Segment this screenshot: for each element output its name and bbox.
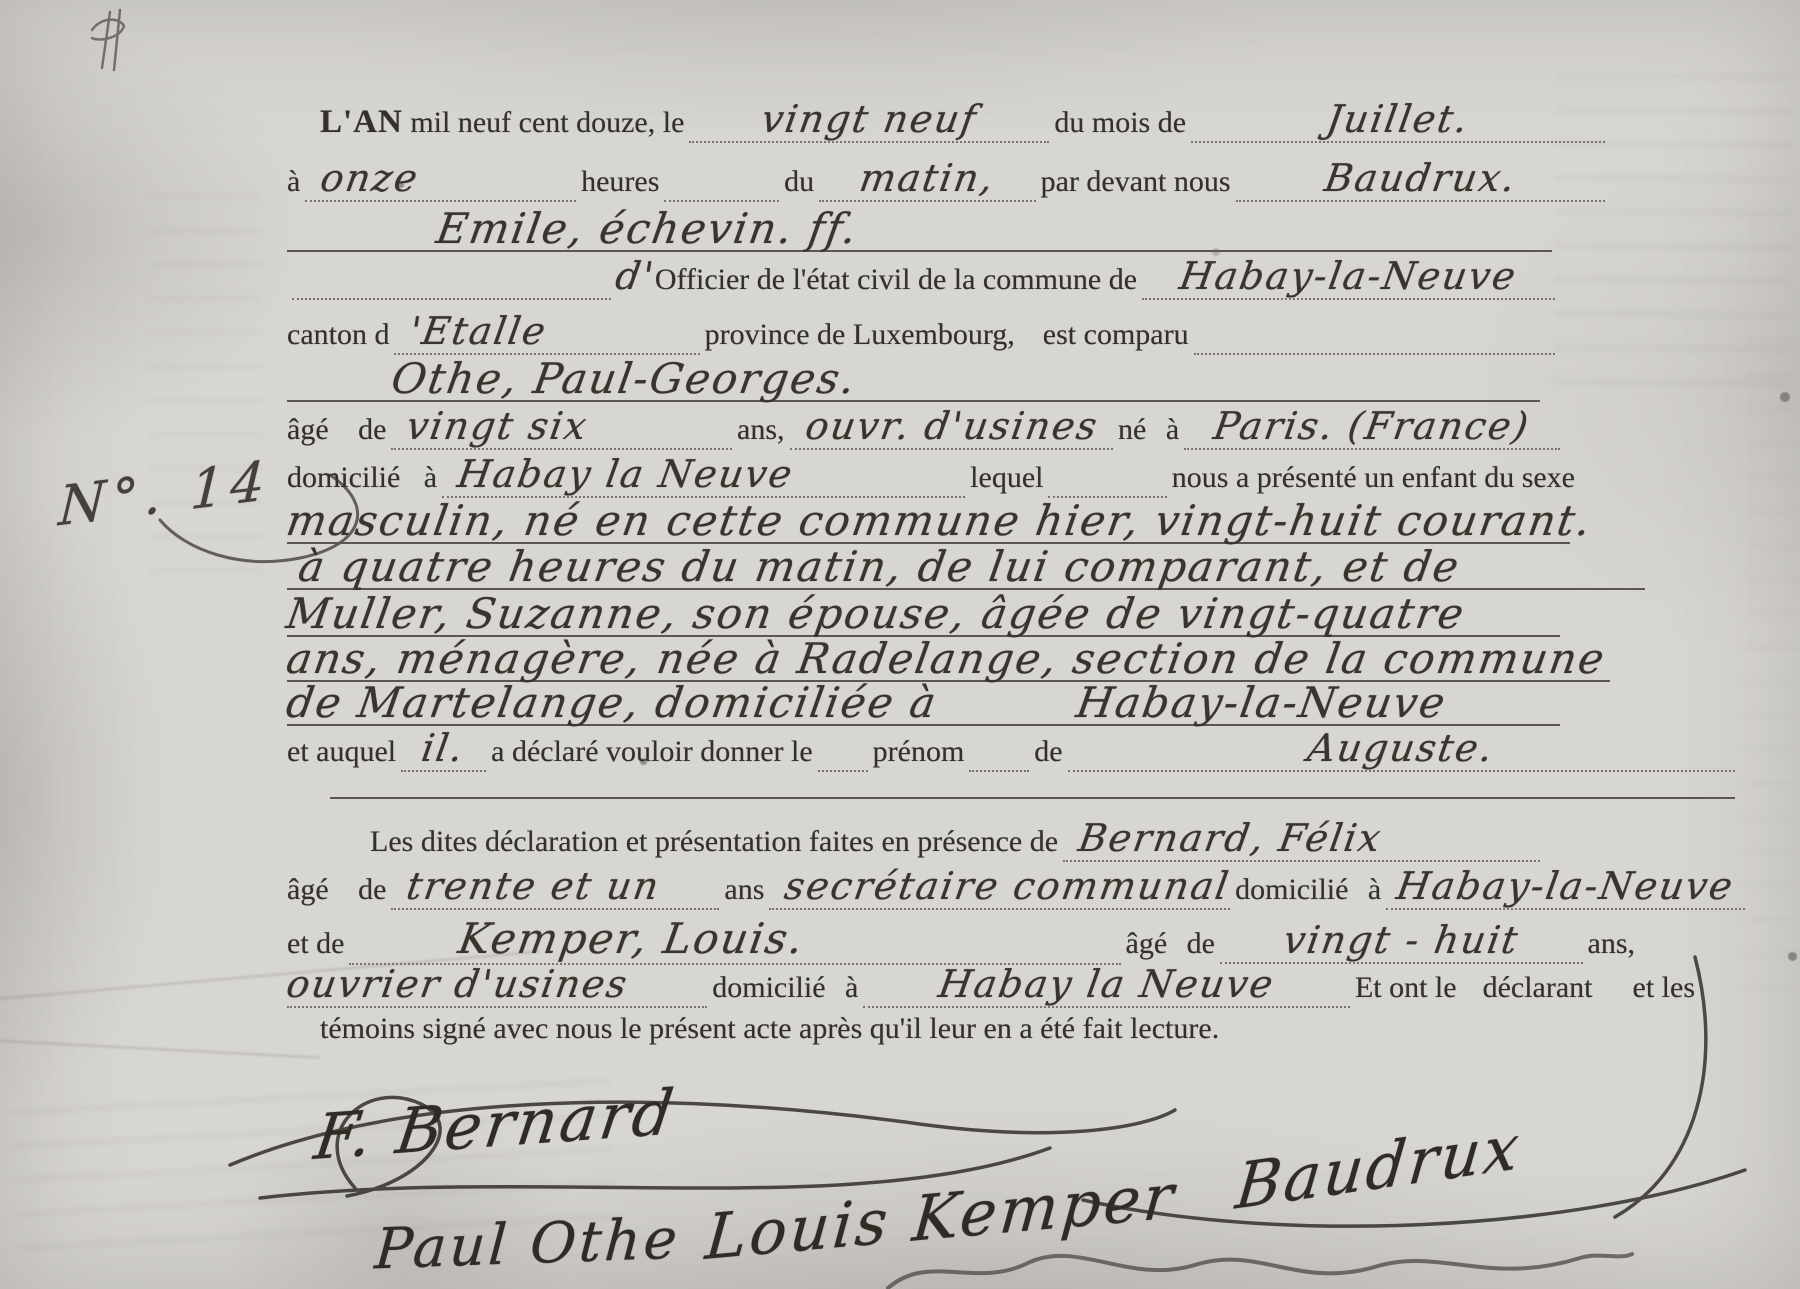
form-line-declarant-domicile: domicilié à Habay la Neuve lequel nous a… — [287, 452, 1575, 498]
form-line-mother-domicile: de Martelange, domiciliée à Habay-la-Neu… — [287, 678, 1560, 726]
printed-label: L'AN — [320, 104, 403, 141]
entry-father-age: vingt six — [404, 404, 592, 448]
form-line-mother-1: Muller, Suzanne, son épouse, âgée de vin… — [287, 589, 1560, 637]
margin-act-number: N°. 14 — [57, 449, 272, 539]
form-line-canton: canton d 'Etalle province de Luxembourg,… — [287, 309, 1560, 355]
printed-label: lequel — [970, 461, 1043, 495]
scanned-birth-record: N°. 14 L'AN mil neuf cent douze, le ving… — [0, 0, 1800, 1289]
printed-label: domicilié à — [1235, 873, 1381, 907]
form-line-closing: témoins signé avec nous le présent acte … — [320, 1012, 1500, 1058]
form-line-declarant-name: Othe, Paul-Georges. — [287, 354, 1540, 402]
printed-label: Et ont le — [1355, 971, 1457, 1005]
entry-pronoun-blank: il. — [401, 726, 486, 772]
printed-label: témoins signé avec nous le présent acte … — [320, 1012, 1219, 1046]
printed-label: province de Luxembourg, — [705, 318, 1015, 352]
entry-child-firstname: Auguste. — [1305, 726, 1498, 770]
entry-commune: Habay-la-Neuve — [1177, 254, 1521, 298]
fold-crease — [0, 1039, 320, 1058]
ink-speck — [1780, 392, 1790, 402]
signature-witness2: Louis Kemper — [703, 1159, 1180, 1274]
printed-label: ans, — [1588, 927, 1636, 961]
entry-hour: onze — [318, 156, 423, 200]
printed-label: de — [1034, 735, 1062, 769]
entry-witness1-blank: Bernard, Félix — [1063, 816, 1540, 862]
entry-witness1-occupation-blank: secrétaire communal — [769, 864, 1230, 910]
bleedthrough-smudge — [1745, 340, 1800, 1000]
form-line-declarant-age: âgé de vingt six ans, ouvr. d'usines né … — [287, 404, 1565, 450]
form-line-witness2: et de Kemper, Louis. âgé de vingt - huit… — [287, 914, 1635, 960]
entry-mother-line: Muller, Suzanne, son épouse, âgée de vin… — [283, 589, 1469, 638]
printed-label: à — [287, 165, 300, 199]
entry-father-occupation: ouvr. d'usines — [802, 404, 1101, 448]
entry-witness1-domicile: Habay-la-Neuve — [1394, 864, 1738, 908]
printed-label: domicilié à — [287, 461, 437, 495]
printed-label: Les dites déclaration et présentation fa… — [370, 825, 1058, 859]
entry-child-firstname-blank: Auguste. — [1068, 726, 1735, 772]
signature-witness1: F. Bernard — [310, 1075, 680, 1174]
entry-father-domicile: Habay la Neuve — [455, 452, 797, 496]
form-line-witness2-detail: ouvrier d'usines domicilié à Habay la Ne… — [287, 962, 1695, 1008]
form-line-hour: à onze heures du matin, par devant nous … — [287, 156, 1610, 202]
form-line-witness1: Les dites déclaration et présentation fa… — [370, 816, 1545, 862]
entry-occupation-blank: ouvr. d'usines — [790, 404, 1114, 450]
entry-day-blank: vingt neuf — [689, 97, 1049, 143]
entry-d-apostrophe: d' — [613, 254, 659, 298]
form-line-child-sex: masculin, né en cette commune hier, ving… — [287, 496, 1570, 544]
printed-label: ans, — [737, 413, 785, 447]
entry-mother-domicile-place: Habay-la-Neuve — [1073, 678, 1450, 727]
entry-month: Juillet. — [1324, 97, 1473, 141]
form-line-commune: d' Officier de l'état civil de la commun… — [287, 254, 1560, 300]
bleedthrough-smudge — [148, 195, 263, 595]
printed-label: et les — [1633, 971, 1695, 1005]
printed-label: nous a présenté un enfant du sexe — [1172, 461, 1575, 495]
printed-label: canton d — [287, 318, 389, 352]
entry-witness2-occupation-blank: ouvrier d'usines — [287, 962, 707, 1008]
entry-witness2-domicile-blank: Habay la Neuve — [863, 962, 1350, 1008]
printed-label: né à — [1118, 413, 1179, 447]
entry-witness2-age: vingt - huit — [1280, 918, 1522, 962]
entry-child-sex-line: masculin, né en cette commune hier, ving… — [283, 496, 1596, 545]
printed-label: âgé de — [287, 413, 386, 447]
entry-witness1-age: trente et un — [404, 864, 664, 908]
printed-label: a déclaré vouloir donner le — [491, 735, 813, 769]
pen-mark-icon — [80, 8, 136, 72]
form-line-birth-time: à quatre heures du matin, de lui compara… — [287, 542, 1645, 590]
entry-witness2-blank: Kemper, Louis. — [349, 914, 1120, 965]
printed-label: Officier de l'état civil de la commune d… — [655, 263, 1137, 297]
entry-pronoun: il. — [419, 726, 468, 770]
entry-mother-domicile: de Martelange, domiciliée à — [283, 678, 941, 727]
entry-officer-firstname-title: Emile, échevin. ff. — [433, 204, 862, 253]
form-line-mother-2: ans, ménagère, née à Radelange, section … — [287, 634, 1610, 682]
signature-father: Paul Othe — [373, 1207, 682, 1283]
entry-month-blank: Juillet. — [1191, 97, 1605, 143]
entry-day: vingt neuf — [758, 97, 980, 141]
entry-witness1-name: Bernard, Félix — [1076, 816, 1386, 860]
entry-father-birthplace: Paris. (France) — [1211, 404, 1534, 448]
entry-father-name: Othe, Paul-Georges. — [388, 354, 860, 403]
entry-mother-line2: ans, ménagère, née à Radelange, section … — [283, 634, 1609, 683]
form-line-officer-detail: Emile, échevin. ff. — [287, 204, 1552, 252]
separator-rule — [330, 797, 1735, 799]
printed-label: et auquel — [287, 735, 396, 769]
entry-witness2-occupation: ouvrier d'usines — [284, 962, 632, 1006]
entry-witness2-name: Kemper, Louis. — [456, 914, 809, 963]
entry-canton-blank: 'Etalle — [394, 309, 699, 355]
entry-witness2-domicile: Habay la Neuve — [935, 962, 1277, 1006]
printed-label: du — [784, 165, 814, 199]
form-line-date: L'AN mil neuf cent douze, le vingt neuf … — [320, 97, 1610, 143]
entry-birth-time-line: à quatre heures du matin, de lui compara… — [295, 542, 1464, 591]
entry-canton: 'Etalle — [407, 309, 551, 353]
form-line-witness1-detail: âgé de trente et un ans secrétaire commu… — [287, 864, 1750, 910]
printed-label: ans — [724, 873, 764, 907]
entry-witness2-age-blank: vingt - huit — [1220, 918, 1583, 964]
printed-label: déclarant — [1483, 971, 1593, 1005]
printed-label: domicilié à — [712, 971, 858, 1005]
entry-ampm: matin, — [857, 156, 999, 200]
signature-officer: Baudrux — [1232, 1109, 1525, 1224]
entry-ampm-blank: matin, — [819, 156, 1036, 202]
cutoff-handwriting-stroke — [880, 1246, 1640, 1289]
entry-witness1-occupation: secrétaire communal — [782, 864, 1234, 908]
entry-domicile-blank: Habay la Neuve — [442, 452, 965, 498]
entry-officer-blank: Baudrux. — [1236, 156, 1605, 202]
entry-birthplace-blank: Paris. (France) — [1184, 404, 1560, 450]
entry-witness1-age-blank: trente et un — [391, 864, 719, 910]
printed-label: mil neuf cent douze, le — [410, 106, 684, 140]
ink-speck — [1788, 952, 1797, 961]
entry-age-blank: vingt six — [391, 404, 732, 450]
printed-label: âgé de — [287, 873, 386, 907]
printed-label: âgé de — [1126, 927, 1215, 961]
printed-label: par devant nous — [1041, 165, 1231, 199]
entry-commune-blank: Habay-la-Neuve — [1142, 254, 1555, 300]
entry-hour-blank: onze — [305, 156, 576, 202]
entry-witness1-domicile-blank: Habay-la-Neuve — [1386, 864, 1745, 910]
printed-label: est comparu — [1043, 318, 1189, 352]
printed-label: du mois de — [1054, 106, 1186, 140]
printed-label: heures — [581, 165, 659, 199]
form-line-firstname: et auquel il. a déclaré vouloir donner l… — [287, 726, 1740, 772]
printed-label: prénom — [873, 735, 965, 769]
printed-label: et de — [287, 927, 344, 961]
entry-officer-name: Baudrux. — [1321, 156, 1520, 200]
